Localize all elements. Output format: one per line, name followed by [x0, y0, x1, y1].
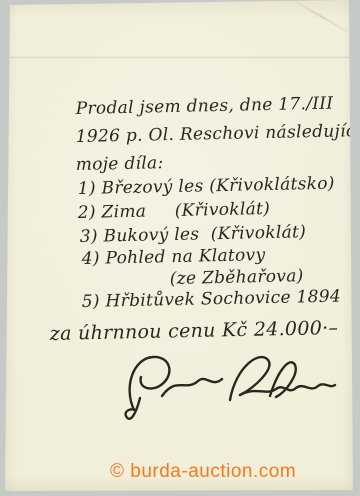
handwritten-line-6: 3) Bukový les (Křivoklát) [80, 223, 307, 246]
handwritten-line-1: Prodal jsem dnes, dne 17./III [76, 95, 334, 119]
handwritten-line-8: (ze Zběhařova) [170, 267, 304, 288]
fold-crease [0, 56, 360, 59]
watermark: © burda-auction.com [110, 461, 296, 483]
handwritten-line-9: 5) Hřbitůvek Sochovice 1894 [82, 288, 342, 312]
copyright-icon: © [110, 461, 125, 482]
document-paper: Prodal jsem dnes, dne 17./III 1926 p. Ol… [0, 0, 360, 496]
handwritten-line-3: moje díla: [76, 154, 164, 175]
handwritten-line-7: 4) Pohled na Klatovy [82, 246, 266, 269]
auction-lot-photo: Prodal jsem dnes, dne 17./III 1926 p. Ol… [0, 0, 360, 496]
signature [118, 348, 340, 428]
watermark-text: burda-auction.com [125, 461, 297, 482]
handwritten-line-4: 1) Březový les (Křivoklátsko) [78, 175, 335, 199]
corner-crease [290, 0, 353, 36]
handwritten-line-10: za úhrnnou cenu Kč 24.000·– [50, 318, 339, 345]
handwritten-line-2: 1926 p. Ol. Reschovi následující [76, 122, 360, 147]
handwritten-line-5: 2) Zima (Křivoklát) [78, 200, 271, 223]
